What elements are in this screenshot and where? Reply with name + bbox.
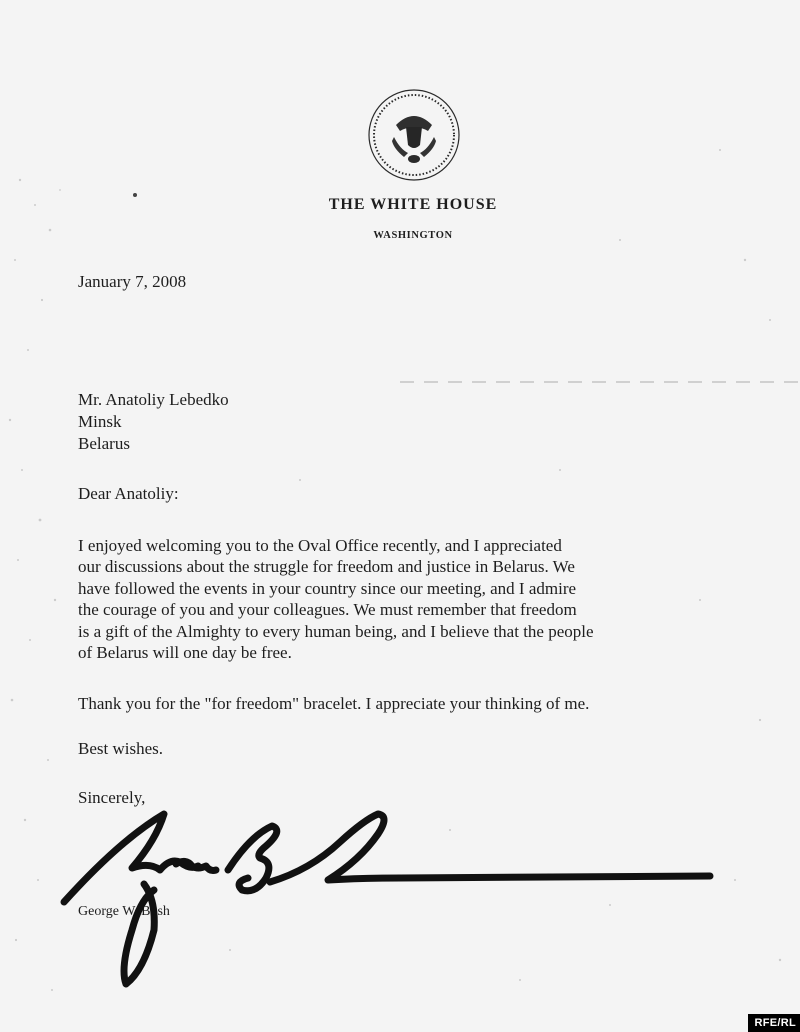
body-line: our discussions about the struggle for f… [78, 556, 594, 577]
letterhead-city: WASHINGTON [0, 230, 800, 241]
thanks-paragraph: Thank you for the "for freedom" bracelet… [78, 694, 589, 714]
scan-dot [133, 193, 137, 197]
body-line: I enjoyed welcoming you to the Oval Offi… [78, 535, 594, 556]
body-line: of Belarus will one day be free. [78, 642, 594, 663]
body-line: the courage of you and your colleagues. … [78, 599, 594, 620]
best-wishes: Best wishes. [78, 739, 163, 759]
body-line: have followed the events in your country… [78, 578, 594, 599]
letter-date: January 7, 2008 [78, 272, 186, 292]
fold-line [400, 381, 800, 383]
body-line: is a gift of the Almighty to every human… [78, 621, 594, 642]
body-paragraph: I enjoyed welcoming you to the Oval Offi… [78, 535, 594, 663]
watermark-badge: RFE/RL [748, 1014, 800, 1032]
letterhead-organization: THE WHITE HOUSE [0, 196, 800, 214]
salutation: Dear Anatoliy: [78, 484, 179, 504]
recipient-address: Mr. Anatoliy Lebedko Minsk Belarus [78, 389, 229, 455]
recipient-name: Mr. Anatoliy Lebedko [78, 389, 229, 411]
presidential-seal-icon [366, 87, 462, 183]
letter-page: THE WHITE HOUSE WASHINGTON January 7, 20… [0, 0, 800, 1032]
handwritten-signature-icon [60, 800, 760, 1000]
recipient-city: Minsk [78, 411, 229, 433]
recipient-country: Belarus [78, 433, 229, 455]
